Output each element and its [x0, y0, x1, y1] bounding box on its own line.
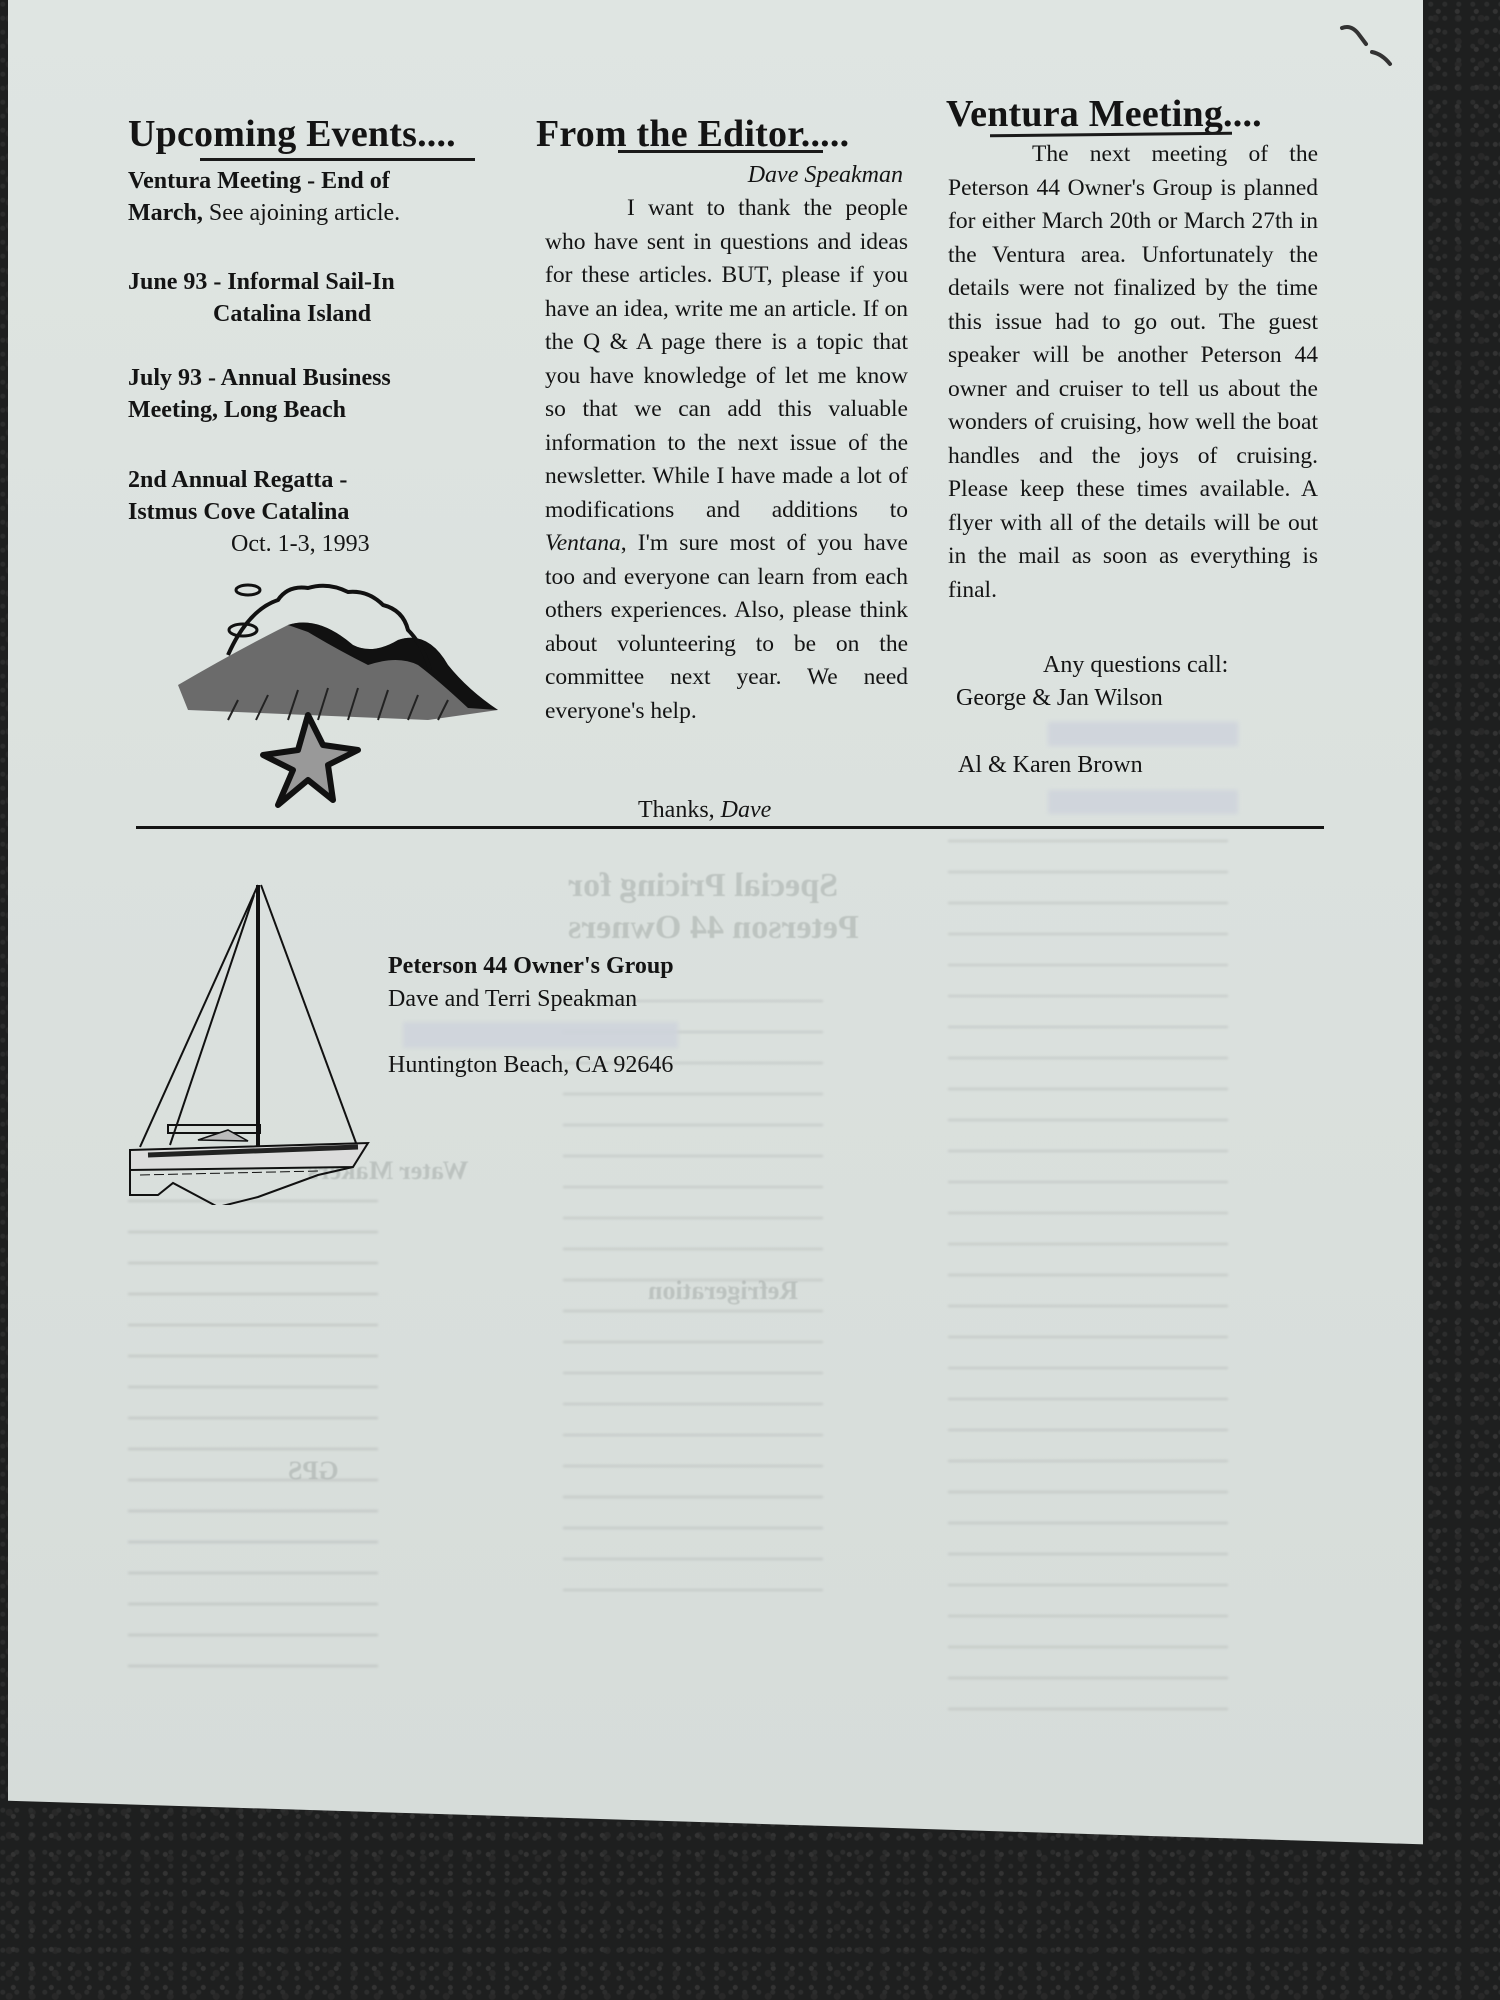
event-item: 2nd Annual Regatta - Istmus Cove Catalin… — [128, 464, 370, 560]
editor-body: I want to thank the people who have sent… — [545, 192, 908, 728]
mailing-city: Huntington Beach, CA 92646 — [388, 1049, 674, 1082]
bleed-through-column — [563, 1000, 823, 1600]
bleed-through-column — [948, 840, 1228, 1720]
redacted-phone — [1048, 722, 1238, 746]
contact-name: Al & Karen Brown — [958, 752, 1143, 779]
event-item: Ventura Meeting - End of March, See ajoi… — [128, 165, 468, 229]
redacted-phone — [1048, 790, 1238, 814]
upcoming-events-heading: Upcoming Events.... — [128, 112, 456, 156]
section-divider — [136, 826, 1324, 829]
editor-byline: Dave Speakman — [548, 158, 903, 192]
bleed-through-heading: Peterson 44 Owners — [568, 907, 859, 949]
newsletter-page: Special Pricing for Peterson 44 Owners R… — [8, 0, 1423, 1845]
event-item: July 93 - Annual Business Meeting, Long … — [128, 362, 391, 426]
heading-underline — [200, 158, 475, 161]
sailboat-illustration — [118, 875, 378, 1205]
ventura-body: The next meeting of the Peterson 44 Owne… — [948, 138, 1318, 607]
mailing-name: Dave and Terri Speakman — [388, 983, 674, 1016]
editor-signoff: Thanks, Dave — [638, 797, 771, 824]
ventura-heading: Ventura Meeting.... — [946, 92, 1262, 136]
contact-name: George & Jan Wilson — [956, 685, 1163, 712]
bleed-through-heading: Special Pricing for — [568, 865, 838, 907]
mailing-address: Peterson 44 Owner's Group Dave and Terri… — [388, 950, 674, 1082]
contact-intro: Any questions call: — [1043, 652, 1228, 679]
event-item: June 93 - Informal Sail-In Catalina Isla… — [128, 266, 395, 330]
bleed-through-column — [128, 1200, 378, 1680]
heading-underline — [618, 150, 823, 153]
wave-starfish-illustration — [168, 570, 508, 810]
mailing-org: Peterson 44 Owner's Group — [388, 950, 674, 983]
staple-icon — [1338, 22, 1408, 72]
redacted-street-overlay — [403, 1022, 678, 1048]
